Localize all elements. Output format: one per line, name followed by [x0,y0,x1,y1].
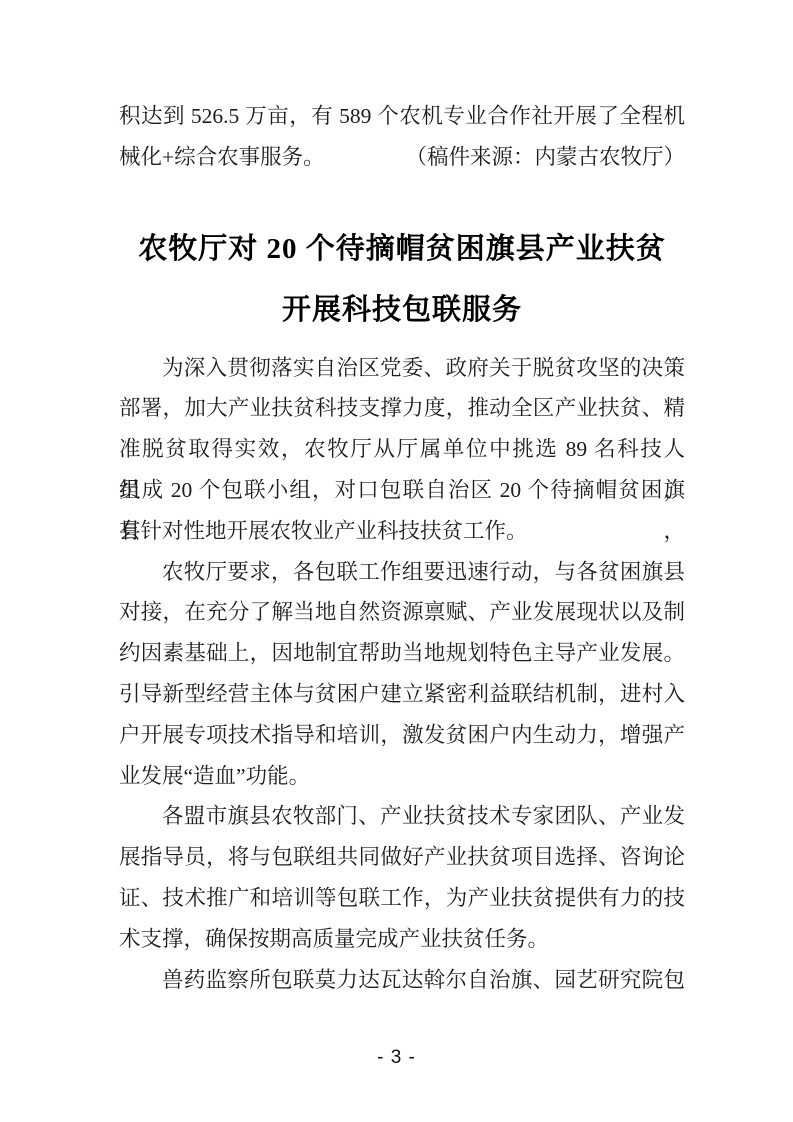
paragraph-line: 械化+综合农事服务。 （稿件来源：内蒙古农牧厅） [119,137,685,178]
article-title: 农牧厅对 20 个待摘帽贫困旗县产业扶贫 开展科技包联服务 [119,219,685,341]
source-attribution: （稿件来源：内蒙古农牧厅） [405,137,685,178]
paragraph-line: 为深入贯彻落实自治区党委、政府关于脱贫攻坚的决策 [119,348,685,389]
paragraph-line: 准脱贫取得实效，农牧厅从厅属单位中挑选 89 名科技人员， [119,429,685,470]
paragraph-line: 对接，在充分了解当地自然资源禀赋、产业发展现状以及制 [119,592,685,633]
paragraph-line: 各盟市旗县农牧部门、产业扶贫技术专家团队、产业发 [119,796,685,837]
paragraph-line: 术支撑，确保按期高质量完成产业扶贫任务。 [119,919,685,960]
paragraph-line: 组成 20 个包联小组，对口包联自治区 20 个待摘帽贫困旗县， [119,470,685,511]
paragraph-line: 展指导员，将与包联组共同做好产业扶贫项目选择、咨询论 [119,837,685,878]
article-title-line-2: 开展科技包联服务 [119,280,685,341]
document-page: 积达到 526.5 万亩，有 589 个农机专业合作社开展了全程机 械化+综合农… [0,0,793,1122]
paragraph-line: 部署，加大产业扶贫科技支撑力度，推动全区产业扶贫、精 [119,388,685,429]
paragraph-line: 兽药监察所包联莫力达瓦达斡尔自治旗、园艺研究院包 [119,960,685,1001]
page-number: - 3 - [0,1047,793,1069]
paragraph-line: 农牧厅要求，各包联工作组要迅速行动，与各贫困旗县 [119,552,685,593]
article-title-line-1: 农牧厅对 20 个待摘帽贫困旗县产业扶贫 [119,219,685,280]
sentence-end-text: 械化+综合农事服务。 [119,137,325,178]
page-content: 积达到 526.5 万亩，有 589 个农机专业合作社开展了全程机 械化+综合农… [119,96,685,1000]
paragraph-line: 约因素基础上，因地制宜帮助当地规划特色主导产业发展。 [119,633,685,674]
paragraph-line: 业发展“造血”功能。 [119,756,685,797]
paragraph-line: 引导新型经营主体与贫困户建立紧密利益联结机制，进村入 [119,674,685,715]
paragraph-line: 积达到 526.5 万亩，有 589 个农机专业合作社开展了全程机 [119,96,685,137]
article-body: 为深入贯彻落实自治区党委、政府关于脱贫攻坚的决策部署，加大产业扶贫科技支撑力度，… [119,348,685,1001]
paragraph-line: 证、技术推广和培训等包联工作，为产业扶贫提供有力的技 [119,878,685,919]
paragraph-line: 户开展专项技术指导和培训，激发贫困户内生动力，增强产 [119,715,685,756]
